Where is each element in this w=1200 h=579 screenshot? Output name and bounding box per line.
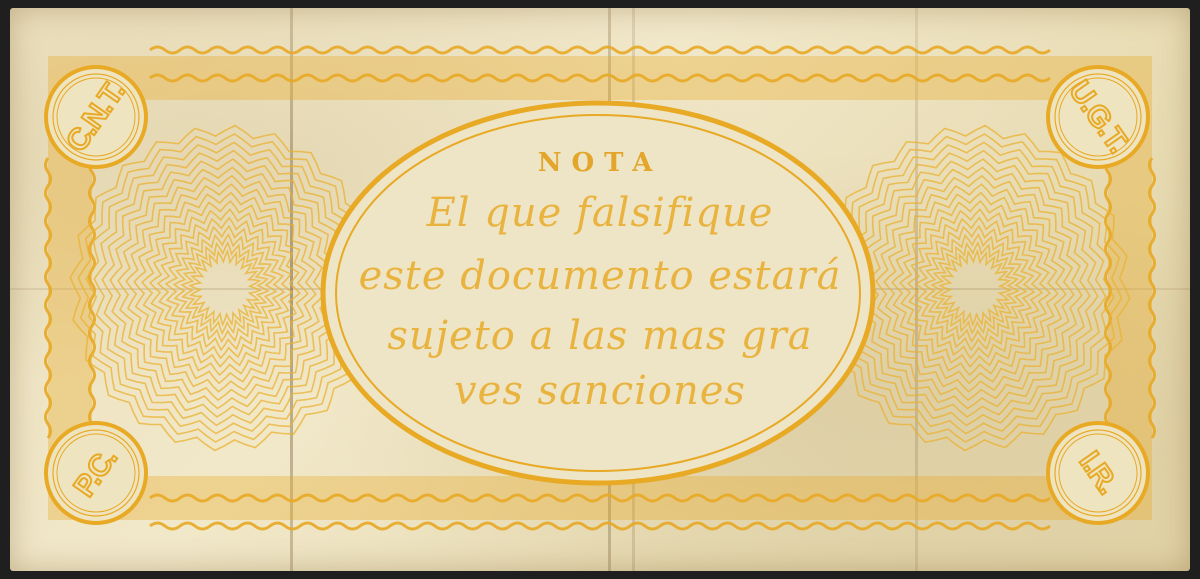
banknote-reverse: C.N.T. U.G.T. P.C. I.R. NOTA El que fals… bbox=[10, 8, 1190, 571]
nota-title: NOTA bbox=[10, 148, 1190, 178]
nota-line-3: sujeto a las mas gra bbox=[10, 313, 1190, 359]
nota-line-2: este documento estará bbox=[10, 253, 1190, 299]
nota-line-1: El que falsifique bbox=[10, 190, 1190, 236]
nota-line-4: ves sanciones bbox=[10, 368, 1190, 414]
